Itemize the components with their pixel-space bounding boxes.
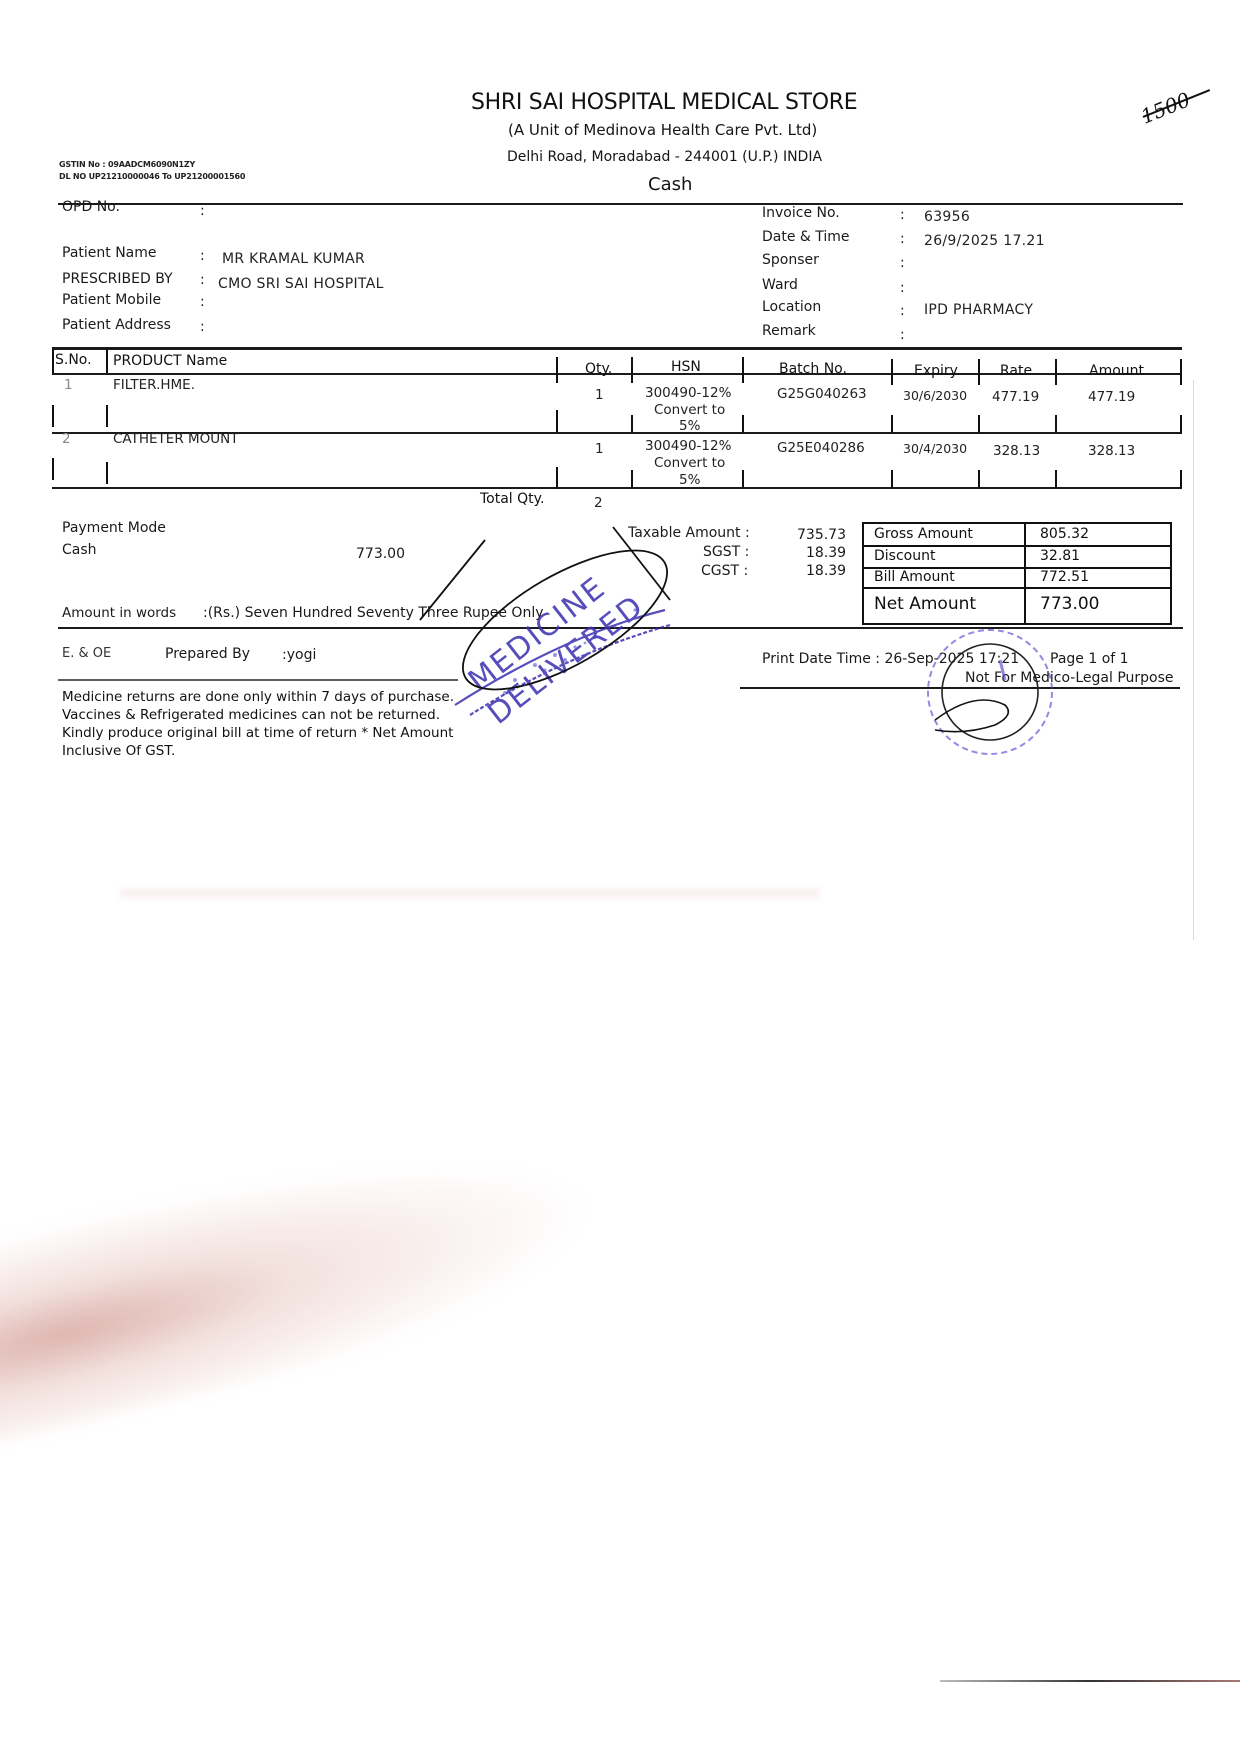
return-policy-line4: Inclusive Of GST.	[62, 742, 175, 760]
payment-mode-value: Cash	[62, 542, 97, 558]
date-time-colon: :	[900, 231, 905, 247]
total-qty-label: Total Qty.	[480, 491, 544, 507]
row-qty: 1	[595, 387, 604, 403]
gstin-number: GSTIN No : 09AADCM6090N1ZY	[59, 160, 195, 169]
row-hsn-rate: 5%	[679, 418, 700, 434]
col-header-sno: S.No.	[55, 352, 92, 368]
col-header-product: PRODUCT Name	[113, 353, 227, 369]
return-policy-line2: Vaccines & Refrigerated medicines can no…	[62, 706, 440, 724]
row-hsn-note: Convert to	[654, 455, 725, 471]
return-policy-line3: Kindly produce original bill at time of …	[62, 724, 453, 742]
amount-words-label: Amount in words	[62, 605, 176, 621]
store-address: Delhi Road, Moradabad - 244001 (U.P.) IN…	[507, 149, 822, 165]
row-qty: 1	[595, 441, 604, 457]
row-hsn: 300490-12%	[645, 385, 731, 401]
row-product: CATHETER MOUNT	[113, 431, 239, 447]
address-label: Patient Address	[62, 317, 171, 333]
row-amount: 477.19	[1088, 389, 1135, 405]
opd-label: OPD No.	[62, 199, 120, 215]
legal-disclaimer: Not For Medico-Legal Purpose	[965, 670, 1174, 686]
discount-label: Discount	[874, 548, 935, 564]
prescribed-colon: :	[200, 272, 205, 288]
print-date-time: Print Date Time : 26-Sep-2025 17:21	[762, 651, 1019, 667]
row-rate: 477.19	[992, 389, 1039, 405]
footer-left-rule	[58, 679, 458, 681]
mobile-label: Patient Mobile	[62, 292, 161, 308]
scan-edge-mark	[1193, 380, 1194, 940]
payment-amount: 773.00	[356, 546, 405, 562]
payment-mode-label: Payment Mode	[62, 520, 166, 536]
scan-bottom-edge	[940, 1680, 1240, 1682]
row-hsn: 300490-12%	[645, 438, 731, 454]
summary-bottom-rule	[58, 627, 1183, 629]
bill-mode: Cash	[648, 174, 692, 195]
gross-amount-value: 805.32	[1040, 526, 1089, 542]
row-rate: 328.13	[993, 443, 1040, 459]
table-bottom-rule	[52, 487, 1182, 489]
eoe-text: E. & OE	[62, 646, 111, 661]
store-name: SHRI SAI HOSPITAL MEDICAL STORE	[471, 90, 857, 115]
sponsor-label: Sponser	[762, 252, 819, 268]
discount-value: 32.81	[1040, 548, 1080, 564]
ward-label: Ward	[762, 277, 798, 293]
patient-name-value: MR KRAMAL KUMAR	[222, 251, 365, 267]
sgst-label: SGST :	[703, 544, 749, 560]
row-expiry: 30/4/2030	[903, 441, 967, 456]
stamp-text-line1: MEDICINE	[462, 570, 613, 699]
net-amount-value: 773.00	[1040, 594, 1099, 614]
faint-bleedthrough	[120, 888, 820, 898]
remark-label: Remark	[762, 323, 816, 339]
col-header-batch: Batch No.	[779, 361, 847, 377]
prescribed-label: PRESCRIBED BY	[62, 271, 173, 287]
address-colon: :	[200, 319, 205, 335]
invoice-no-label: Invoice No.	[762, 205, 840, 221]
col-header-hsn: HSN	[671, 359, 701, 375]
location-label: Location	[762, 299, 821, 315]
header-divider	[58, 203, 1183, 205]
sgst-value: 18.39	[806, 545, 846, 561]
location-value: IPD PHARMACY	[924, 302, 1033, 318]
row-batch: G25G040263	[777, 386, 867, 402]
taxable-label: Taxable Amount :	[628, 525, 750, 541]
license-range: DL NO UP21210000046 To UP21200001560	[59, 172, 245, 181]
row-sno: 1	[64, 377, 73, 393]
prepared-by-value: :yogi	[282, 647, 316, 663]
gross-amount-label: Gross Amount	[874, 526, 973, 542]
total-qty-value: 2	[594, 495, 603, 511]
hospital-seal-stamp	[905, 620, 1075, 770]
row-hsn-rate: 5%	[679, 472, 700, 488]
amount-summary-box: Gross Amount 805.32 Discount 32.81 Bill …	[862, 522, 1172, 625]
scan-smudge	[0, 1096, 615, 1445]
prepared-by-label: Prepared By	[165, 646, 250, 662]
col-header-rate: Rate	[1000, 363, 1032, 379]
cgst-label: CGST :	[701, 563, 748, 579]
bill-amount-label: Bill Amount	[874, 569, 955, 585]
store-unit: (A Unit of Medinova Health Care Pvt. Ltd…	[508, 121, 817, 139]
patient-name-label: Patient Name	[62, 245, 157, 261]
net-amount-label: Net Amount	[874, 594, 976, 614]
return-policy-line1: Medicine returns are done only within 7 …	[62, 688, 454, 706]
mobile-colon: :	[200, 294, 205, 310]
opd-colon: :	[200, 203, 205, 219]
col-header-amount: Amount	[1089, 363, 1144, 379]
patient-name-colon: :	[200, 248, 205, 264]
col-header-expiry: Expiry	[914, 363, 958, 379]
invoice-no-value: 63956	[924, 209, 970, 225]
location-colon: :	[900, 303, 905, 319]
prescribed-value: CMO SRI SAI HOSPITAL	[218, 276, 384, 292]
page-indicator: Page 1 of 1	[1050, 651, 1129, 667]
col-header-qty: Qty.	[585, 361, 612, 377]
amount-words-value: :(Rs.) Seven Hundred Seventy Three Rupee…	[203, 605, 544, 621]
ward-colon: :	[900, 280, 905, 296]
date-time-label: Date & Time	[762, 229, 850, 245]
footer-right-rule	[740, 687, 1180, 689]
row-product: FILTER.HME.	[113, 377, 195, 393]
remark-colon: :	[900, 327, 905, 343]
row-batch: G25E040286	[777, 440, 865, 456]
row-hsn-note: Convert to	[654, 402, 725, 418]
taxable-value: 735.73	[797, 527, 846, 543]
row-sno: 2	[62, 431, 71, 447]
table-top-rule	[52, 347, 1182, 350]
row-expiry: 30/6/2030	[903, 388, 967, 403]
sponsor-colon: :	[900, 255, 905, 271]
date-time-value: 26/9/2025 17.21	[924, 233, 1045, 249]
cgst-value: 18.39	[806, 563, 846, 579]
bill-amount-value: 772.51	[1040, 569, 1089, 585]
row-amount: 328.13	[1088, 443, 1135, 459]
invoice-no-colon: :	[900, 207, 905, 223]
